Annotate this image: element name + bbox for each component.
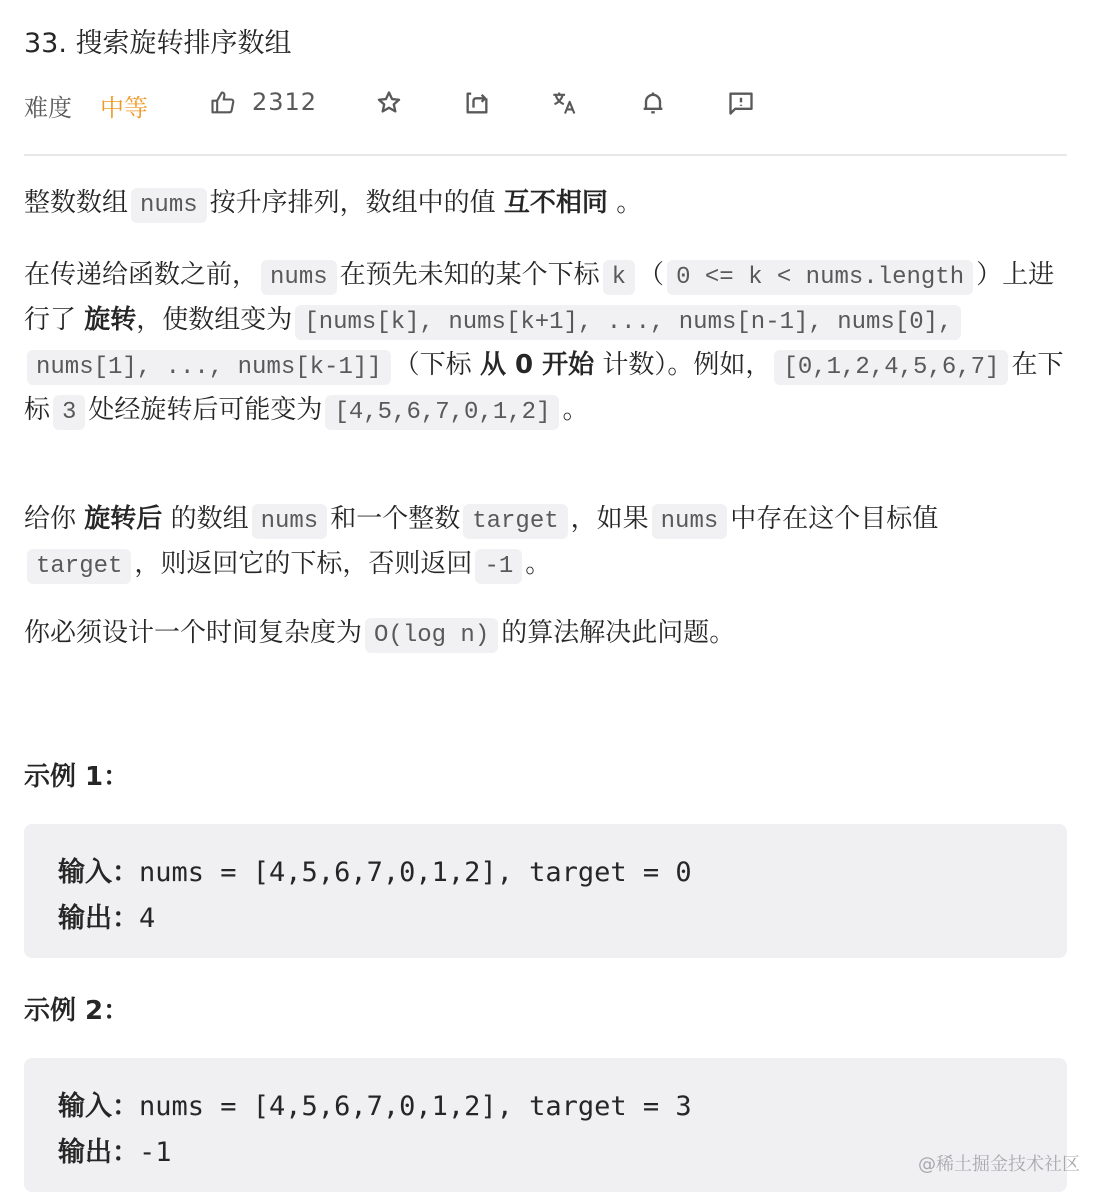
inline-code: k [603, 260, 635, 295]
difficulty-label: 难度 [24, 88, 72, 123]
inline-code: nums [252, 504, 328, 539]
feedback-button[interactable] [724, 86, 758, 120]
problem-title: 33. 搜索旋转排序数组 [24, 26, 292, 62]
inline-code: nums [652, 504, 728, 539]
description-paragraph-3: 给你 旋转后 的数组nums和一个整数target，如果nums中存在这个目标值… [24, 498, 1067, 588]
description-paragraph-2: 在传递给函数之前，nums在预先未知的某个下标k（0 <= k < nums.l… [24, 254, 1067, 434]
inline-code: 3 [53, 395, 85, 430]
example-1-output: 输出：4 [58, 896, 155, 935]
bell-icon [639, 89, 667, 117]
thumbs-up-icon [209, 89, 237, 117]
subscribe-button[interactable] [636, 86, 670, 120]
example-2-output: 输出：-1 [58, 1130, 172, 1169]
favorite-button[interactable] [372, 86, 406, 120]
star-icon [375, 89, 403, 117]
inline-code: [4,5,6,7,0,1,2] [325, 395, 559, 430]
translate-button[interactable] [548, 86, 582, 120]
inline-code: nums [131, 188, 207, 223]
header-divider [24, 154, 1067, 156]
example-1-input: 输入：nums = [4,5,6,7,0,1,2], target = 0 [58, 850, 692, 889]
inline-code: [0,1,2,4,5,6,7] [774, 350, 1008, 385]
inline-code: target [463, 504, 567, 539]
example-1-title: 示例 1： [24, 756, 129, 793]
problem-meta-bar: 难度 中等 2312 [24, 84, 1067, 124]
example-2-box: 输入：nums = [4,5,6,7,0,1,2], target = 3 输出… [24, 1058, 1067, 1192]
inline-code: nums [261, 260, 337, 295]
feedback-icon [727, 89, 755, 117]
description-paragraph-1: 整数数组nums按升序排列，数组中的值 互不相同 。 [24, 182, 642, 227]
like-button[interactable] [206, 86, 240, 120]
inline-code: target [27, 549, 131, 584]
watermark: @稀土掘金技术社区 [918, 1150, 1080, 1176]
difficulty-badge: 中等 [100, 88, 148, 123]
example-2-input: 输入：nums = [4,5,6,7,0,1,2], target = 3 [58, 1084, 692, 1123]
inline-code: -1 [475, 549, 522, 584]
share-button[interactable] [460, 86, 494, 120]
example-2-title: 示例 2： [24, 990, 129, 1027]
likes-count: 2312 [252, 88, 317, 116]
share-icon [463, 89, 491, 117]
inline-code: O(log n) [365, 618, 498, 653]
description-paragraph-4: 你必须设计一个时间复杂度为O(log n)的算法解决此问题。 [24, 612, 1067, 657]
example-1-box: 输入：nums = [4,5,6,7,0,1,2], target = 0 输出… [24, 824, 1067, 958]
inline-code: 0 <= k < nums.length [667, 260, 973, 295]
translate-icon [551, 89, 579, 117]
